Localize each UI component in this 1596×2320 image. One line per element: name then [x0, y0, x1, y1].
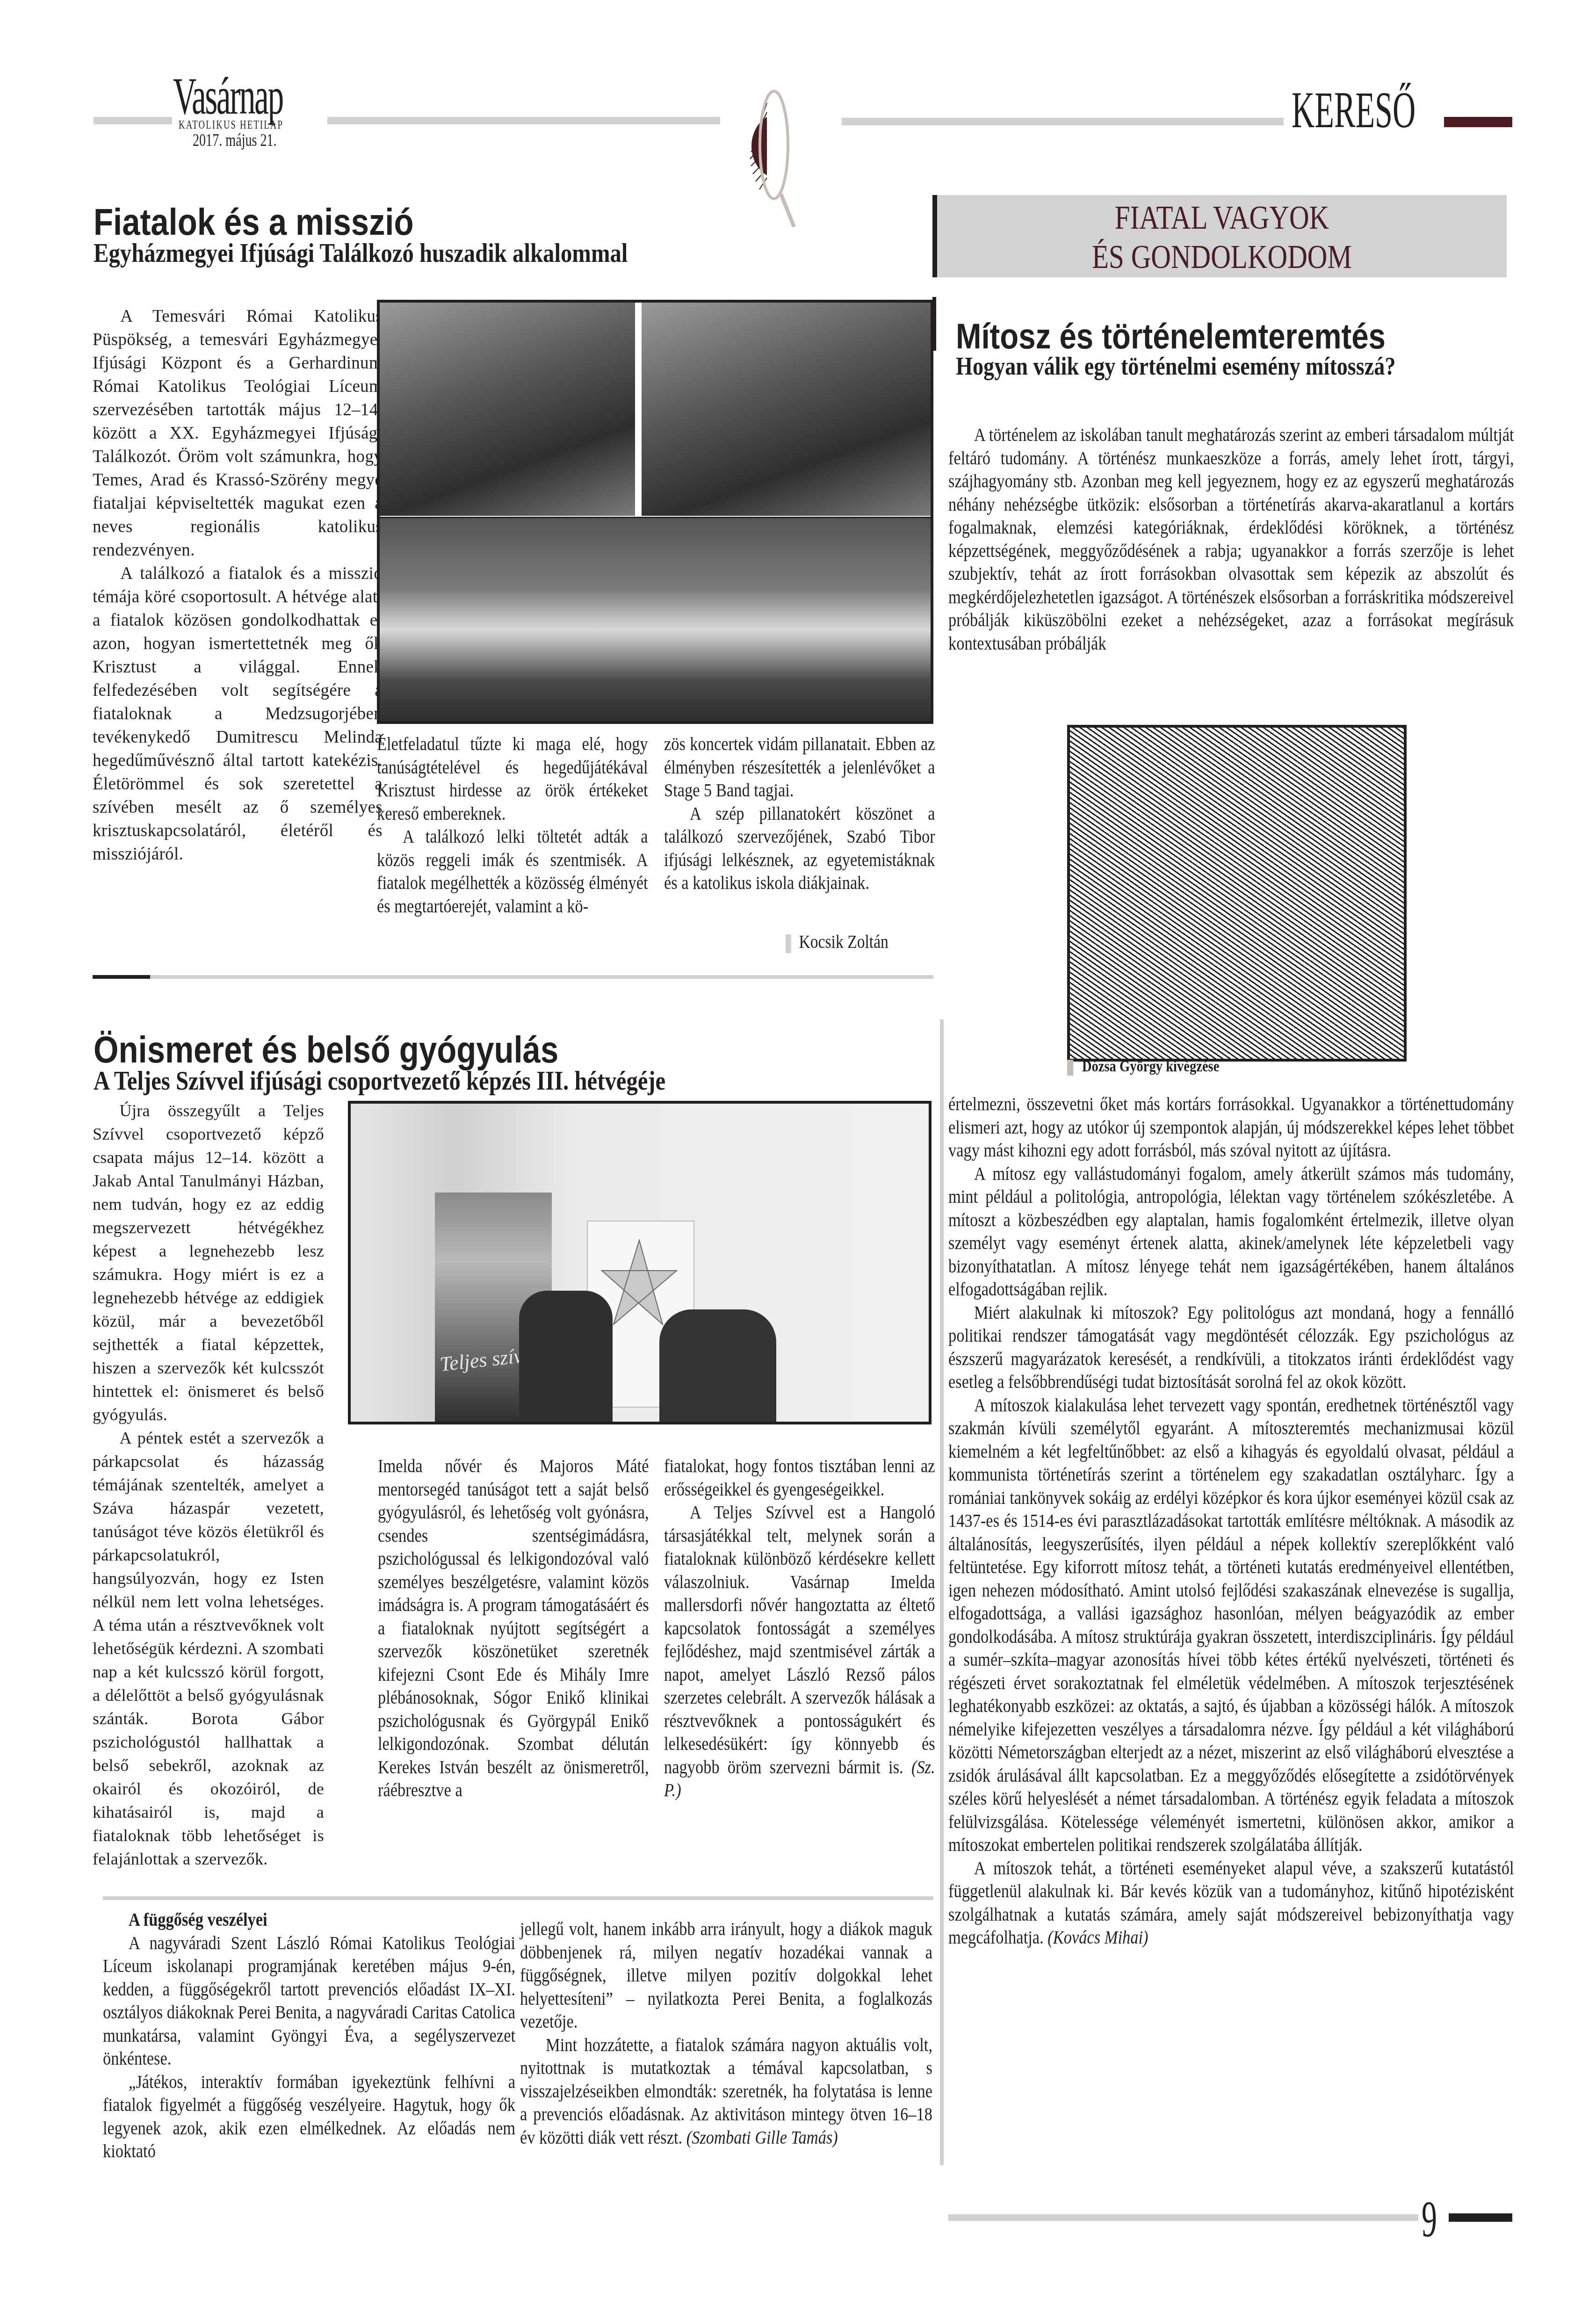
article3-author: (Szombati Gille Tamás) [686, 2126, 838, 2148]
article3-column2: jellegű volt, hanem inkább arra irányult… [520, 1917, 932, 2149]
article1-subtitle: Egyházmegyei Ifjúsági Találkozó huszadik… [94, 239, 628, 267]
paragraph: Újra összegyűlt a Teljes Szívvel csoport… [93, 1099, 324, 1426]
sidebar-title-bar [932, 297, 936, 351]
article1-author: Kocsik Zoltán [786, 931, 888, 953]
newspaper-logo: Vasárnap [173, 70, 283, 123]
presenter-woman [519, 1291, 613, 1424]
column-header-line1: FIATAL VAGYOK [989, 198, 1456, 237]
sidebar-body: értelmezni, összevetni őket más kortárs … [948, 1092, 1514, 1949]
paragraph: A nagyváradi Szent László Római Katoliku… [103, 1931, 515, 2070]
paragraph: A mítosz egy vallástudományi fogalom, am… [948, 1162, 1514, 1301]
column-header-box: FIATAL VAGYOK ÉS GONDOLKODOM [932, 195, 1507, 277]
column-header-line2: ÉS GONDOLKODOM [989, 237, 1456, 276]
page-number: 9 [1422, 2193, 1437, 2245]
issue-date: 2017. május 21. [193, 130, 277, 151]
caption-marker [1067, 1060, 1073, 1076]
section-title: KERESŐ [1292, 84, 1415, 136]
sidebar-title: Mítosz és történelemteremtés [956, 319, 1386, 354]
article2-column2: Imelda nővér és Majoros Máté mentorsegéd… [378, 1454, 649, 1802]
article1-column3: zös koncertek vidám pillanatait. Ebben a… [664, 732, 935, 895]
paragraph: A történelem az iskolában tanult meghatá… [948, 423, 1514, 655]
sidebar-author: (Kovács Mihai) [1047, 1926, 1148, 1948]
author-marker [786, 934, 791, 953]
paragraph: A szép pillanatokért köszönet a találkoz… [664, 802, 935, 895]
paragraph: fiatalokat, hogy fontos tisztában lenni … [664, 1454, 935, 1501]
sidebar-woodcut-image [1067, 725, 1407, 1062]
article3-column1: A függőség veszélyei A nagyváradi Szent … [103, 1908, 515, 2163]
presenter-man [659, 1309, 776, 1424]
article1-photo-collage [377, 300, 933, 520]
article1-column1: A Temesvári Római Katolikus Püspökség, a… [93, 305, 383, 866]
masthead-rule-mid-left [327, 117, 720, 124]
sidebar-intro: A történelem az iskolában tanult meghatá… [948, 423, 1514, 655]
paragraph: Életfeladatul tűzte ki maga elé, hogy ta… [377, 732, 648, 825]
paragraph: értelmezni, összevetni őket más kortárs … [948, 1092, 1514, 1162]
sidebar-subtitle: Hogyan válik egy történelmi esemény míto… [956, 353, 1396, 379]
article-separator [103, 1896, 933, 1900]
article1-photo-mass [377, 518, 933, 724]
masthead-rule-mid-right [842, 118, 1284, 125]
footer-accent-bar [1449, 2213, 1512, 2222]
paragraph: Imelda nővér és Majoros Máté mentorsegéd… [378, 1454, 649, 1802]
author-name: Kocsik Zoltán [799, 931, 888, 952]
section-accent-bar [1444, 117, 1512, 127]
photo-choir [380, 303, 635, 516]
article2-column1: Újra összegyűlt a Teljes Szívvel csoport… [93, 1099, 324, 1871]
caption-text: Dózsa György kivégzése [1082, 1058, 1219, 1075]
article2-title: Önismeret és belső gyógyulás [94, 1031, 558, 1069]
article-separator [150, 975, 933, 979]
column-divider [940, 1019, 944, 2165]
article2-column3: fiatalokat, hogy fontos tisztában lenni … [664, 1454, 935, 1802]
paragraph: zös koncertek vidám pillanatait. Ebben a… [664, 732, 935, 802]
sidebar-image-caption: Dózsa György kivégzése [1067, 1058, 1219, 1076]
paragraph: Miért alakulnak ki mítoszok? Egy politol… [948, 1301, 1514, 1394]
paragraph: jellegű volt, hanem inkább arra irányult… [520, 1917, 932, 2033]
article1-column2: Életfeladatul tűzte ki maga elé, hogy ta… [377, 732, 648, 918]
paragraph: A Teljes Szívvel est a Hangoló társasját… [664, 1501, 935, 1802]
article-separator-dark [93, 975, 150, 979]
paragraph: A péntek estét a szervezők a párkapcsola… [93, 1426, 324, 1871]
paragraph: A találkozó lelki töltetét adták a közös… [377, 825, 648, 918]
magnifier-sun-icon [715, 75, 842, 229]
paragraph: A találkozó a fiatalok és a misszió témá… [93, 562, 383, 866]
masthead-rule-left [94, 117, 172, 124]
paragraph: Mint hozzátette, a fiatalok számára nagy… [520, 2033, 932, 2149]
photo-congregation [642, 303, 932, 516]
article2-subtitle: A Teljes Szívvel ifjúsági csoportvezető … [94, 1067, 665, 1094]
article1-title: Fiatalok és a misszió [94, 203, 413, 241]
photo-altar-mass [380, 518, 931, 721]
footer-rule [948, 2214, 1418, 2221]
paragraph: A mítoszok tehát, a történeti eseményeke… [948, 1857, 1514, 1949]
paragraph: A Temesvári Római Katolikus Püspökség, a… [93, 305, 383, 562]
paragraph: „Játékos, interaktív formában igyekeztün… [103, 2070, 515, 2163]
article2-photo: Teljes szívvel [348, 1101, 932, 1424]
article3-title: A függőség veszélyei [103, 1908, 515, 1931]
paragraph: A mítoszok kialakulása lehet tervezett v… [948, 1394, 1514, 1857]
